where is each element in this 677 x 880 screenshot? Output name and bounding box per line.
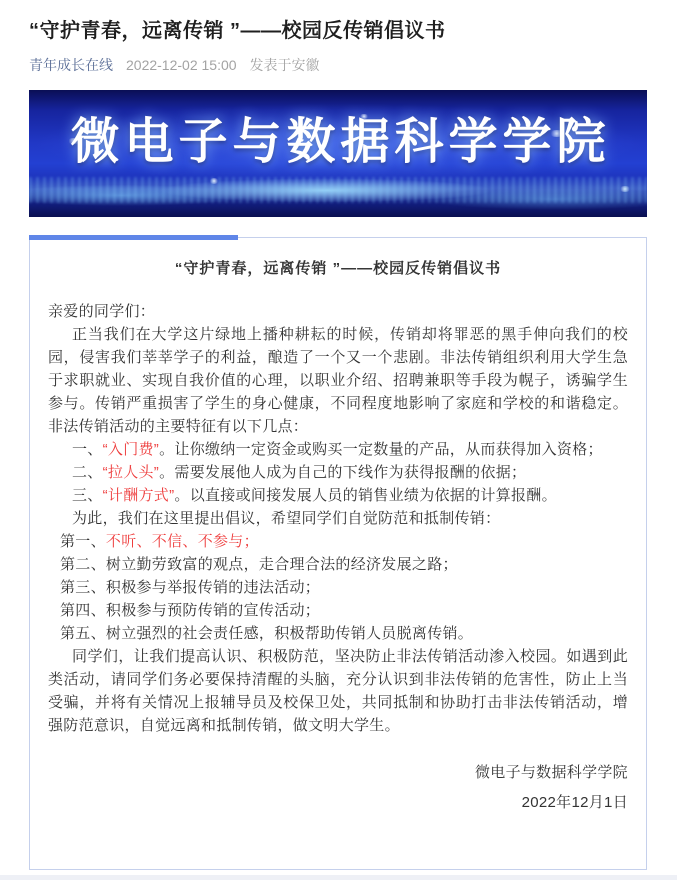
paragraph-text: 第四、积极参与预防传销的宣传活动； bbox=[60, 602, 320, 619]
signature-name: 微电子与数据科学学院 bbox=[48, 758, 628, 788]
letter-paragraph: 为此，我们在这里提出倡议，希望同学们自觉防范和抵制传销： bbox=[48, 507, 628, 530]
paragraph-text: 第二、树立勤劳致富的观点，走合理合法的经济发展之路； bbox=[60, 556, 458, 573]
letter-paragraph: 第三、积极参与举报传销的违法活动； bbox=[48, 576, 628, 599]
highlighted-red-text: “计酬方式” bbox=[103, 487, 175, 504]
paragraph-text: 二、 bbox=[72, 464, 103, 481]
letter-body: 亲爱的同学们：正当我们在大学这片绿地上播种耕耘的时候，传销却将罪恶的黑手伸向我们… bbox=[48, 300, 628, 737]
letter-paragraph: 三、“计酬方式”。以直接或间接发展人员的销售业绩为依据的计算报酬。 bbox=[48, 484, 628, 507]
page-bottom-divider bbox=[0, 875, 677, 880]
paragraph-text: 正当我们在大学这片绿地上播种耕耘的时候，传销却将罪恶的黑手伸向我们的校园，侵害我… bbox=[48, 326, 628, 435]
letter-paragraph: 第一、不听、不信、不参与； bbox=[48, 530, 628, 553]
letter-paragraph: 第二、树立勤劳致富的观点，走合理合法的经济发展之路； bbox=[48, 553, 628, 576]
letter-paragraph: 第五、树立强烈的社会责任感，积极帮助传销人员脱离传销。 bbox=[48, 622, 628, 645]
paragraph-text: 为此，我们在这里提出倡议，希望同学们自觉防范和抵制传销： bbox=[72, 510, 500, 527]
paragraph-text: 第一、 bbox=[60, 533, 106, 550]
proposal-letter-box: “守护青春，远离传销 ”——校园反传销倡议书 亲爱的同学们：正当我们在大学这片绿… bbox=[29, 237, 647, 870]
letter-paragraph: 第四、积极参与预防传销的宣传活动； bbox=[48, 599, 628, 622]
page-title: “守护青春，远离传销 ”——校园反传销倡议书 bbox=[29, 0, 648, 45]
letter-paragraph: 亲爱的同学们： bbox=[48, 300, 628, 323]
paragraph-text: 。让你缴纳一定资金或购买一定数量的产品，从而获得加入资格； bbox=[159, 441, 603, 458]
signature-date: 2022年12月1日 bbox=[48, 788, 628, 818]
paragraph-text: 。以直接或间接发展人员的销售业绩为依据的计算报酬。 bbox=[174, 487, 557, 504]
paragraph-text: 第五、树立强烈的社会责任感，积极帮助传销人员脱离传销。 bbox=[60, 625, 473, 642]
signature-block: 微电子与数据科学学院 2022年12月1日 bbox=[48, 758, 628, 818]
article-meta: 青年成长在线 2022-12-02 15:00 发表于安徽 bbox=[29, 56, 648, 74]
publish-timestamp: 2022-12-02 15:00 bbox=[126, 56, 237, 74]
highlighted-red-text: “拉人头” bbox=[103, 464, 160, 481]
letter-paragraph: 正当我们在大学这片绿地上播种耕耘的时候，传销却将罪恶的黑手伸向我们的校园，侵害我… bbox=[48, 323, 628, 438]
account-name-link[interactable]: 青年成长在线 bbox=[29, 56, 113, 74]
paragraph-text: 一、 bbox=[72, 441, 103, 458]
highlighted-red-text: 不听、不信、不参与； bbox=[106, 533, 259, 550]
paragraph-text: 亲爱的同学们： bbox=[48, 303, 155, 320]
letter-heading: “守护青春，远离传销 ”——校园反传销倡议书 bbox=[48, 259, 628, 279]
letter-paragraph: 一、“入门费”。让你缴纳一定资金或购买一定数量的产品，从而获得加入资格； bbox=[48, 438, 628, 461]
letter-paragraph: 同学们，让我们提高认识、积极防范，坚决防止非法传销活动渗入校园。如遇到此类活动，… bbox=[48, 645, 628, 737]
publish-location: 发表于安徽 bbox=[250, 56, 320, 74]
highlighted-red-text: “入门费” bbox=[103, 441, 160, 458]
banner-light-wave-decoration bbox=[29, 177, 647, 203]
college-banner-image[interactable]: 微电子与数据科学学院 bbox=[29, 90, 647, 217]
paragraph-text: 三、 bbox=[72, 487, 103, 504]
college-banner-title: 微电子与数据科学学院 bbox=[29, 114, 647, 170]
letter-paragraph: 二、“拉人头”。需要发展他人成为自己的下线作为获得报酬的依据； bbox=[48, 461, 628, 484]
article-page: “守护青春，远离传销 ”——校园反传销倡议书 青年成长在线 2022-12-02… bbox=[0, 0, 677, 880]
paragraph-text: 第三、积极参与举报传销的违法活动； bbox=[60, 579, 320, 596]
paragraph-text: 。需要发展他人成为自己的下线作为获得报酬的依据； bbox=[159, 464, 526, 481]
top-accent-bar bbox=[29, 235, 238, 240]
paragraph-text: 同学们，让我们提高认识、积极防范，坚决防止非法传销活动渗入校园。如遇到此类活动，… bbox=[48, 648, 628, 734]
